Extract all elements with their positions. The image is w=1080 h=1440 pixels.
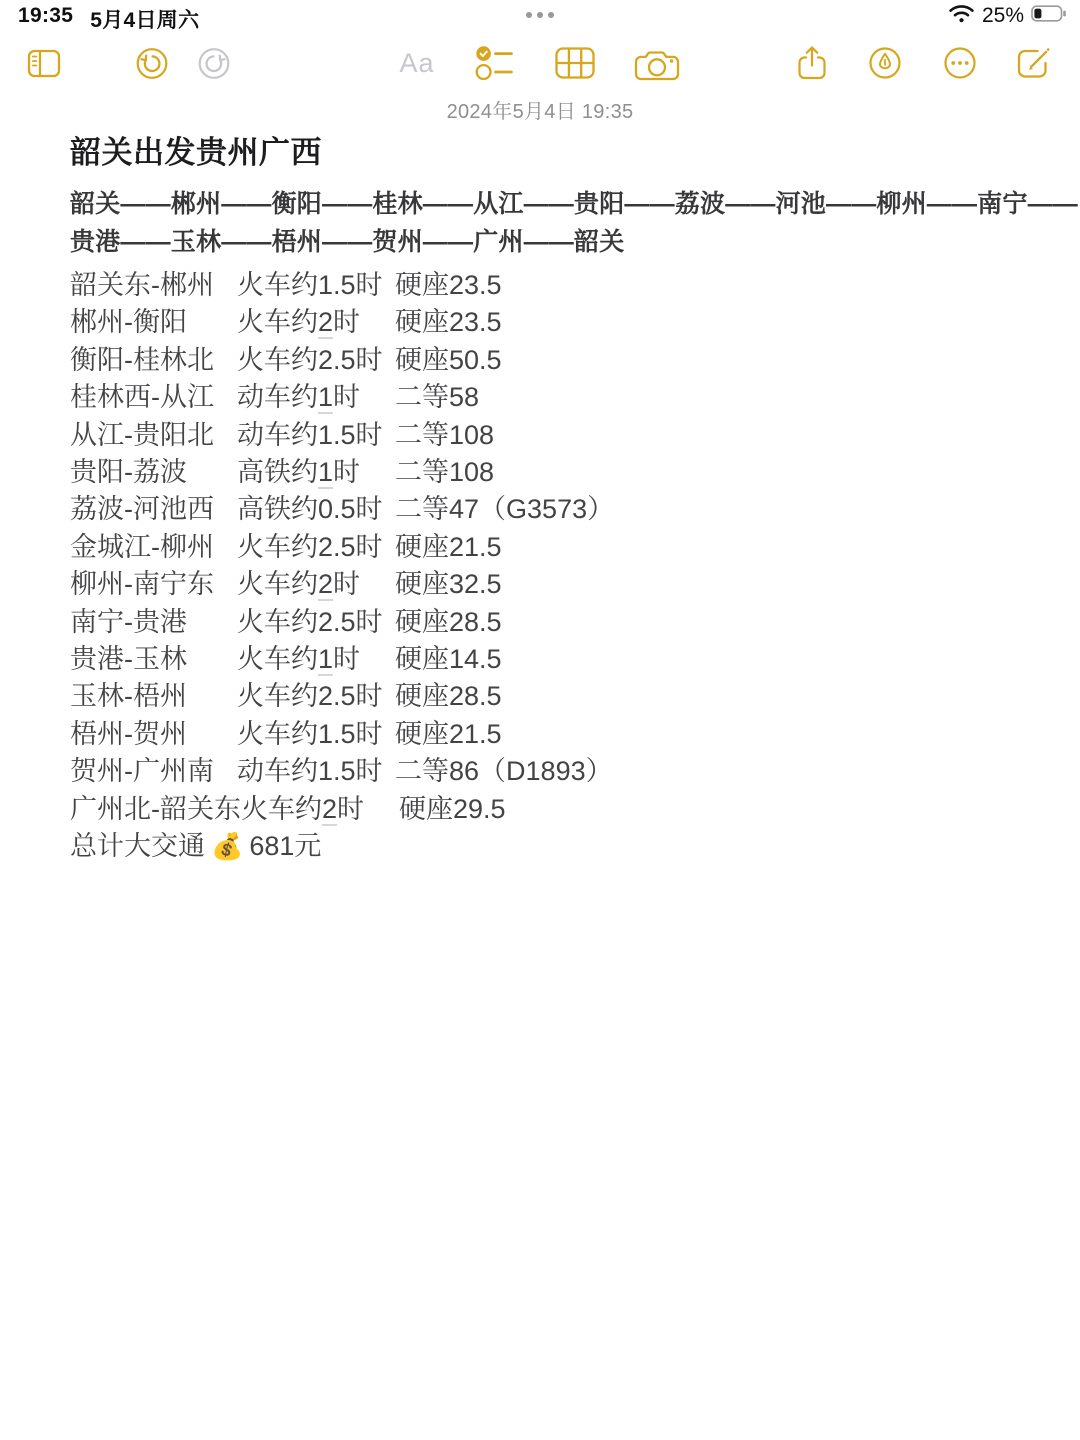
segment-row: 桂林西-从江动车约1时二等58 (70, 379, 1040, 416)
segment-row: 南宁-贵港火车约2.5时硬座28.5 (70, 604, 1040, 641)
segment-price: 二等58 (395, 379, 479, 416)
note-body[interactable]: 韶关出发贵州广西 韶关——郴州——衡阳——桂林——从江——贵阳——荔波——河池—… (70, 127, 1040, 866)
segment-price: 硬座28.5 (395, 604, 502, 641)
table-button[interactable] (551, 40, 599, 86)
notes-toolbar: Aa (0, 40, 1080, 86)
segment-route: 郴州-衡阳 (70, 304, 237, 341)
segment-row: 郴州-衡阳火车约2时硬座23.5 (70, 304, 1040, 341)
segment-row: 金城江-柳州火车约2.5时硬座21.5 (70, 529, 1040, 566)
segment-route: 广州北-韶关东 (70, 791, 241, 828)
underlined-digit: 2 (322, 794, 337, 826)
segment-duration: 火车约2.5时 (237, 342, 395, 379)
battery-icon (1031, 4, 1067, 28)
segment-route: 贵阳-荔波 (70, 454, 237, 491)
segment-row: 韶关东-郴州火车约1.5时硬座23.5 (70, 267, 1040, 304)
handle-dot (548, 12, 554, 18)
route-overview-line-2: 贵港——玉林——梧州——贺州——广州——韶关 (70, 223, 1040, 261)
handle-dot (526, 12, 532, 18)
share-button[interactable] (788, 40, 836, 86)
segment-price: 二等108 (395, 417, 494, 454)
segment-route: 南宁-贵港 (70, 604, 237, 641)
segment-route: 柳州-南宁东 (70, 566, 237, 603)
redo-icon (195, 44, 233, 82)
segment-duration: 火车约2时 (237, 304, 395, 341)
segment-duration: 高铁约1时 (237, 454, 395, 491)
segment-duration: 火车约2.5时 (237, 604, 395, 641)
segment-price: 二等86（D1893） (395, 753, 613, 790)
segment-price: 硬座29.5 (399, 791, 506, 828)
sidebar-toggle-button[interactable] (20, 40, 68, 86)
segment-duration: 火车约2时 (237, 566, 395, 603)
segment-route: 贵港-玉林 (70, 641, 237, 678)
markup-button[interactable] (861, 40, 909, 86)
undo-button[interactable] (128, 40, 176, 86)
format-aa-icon: Aa (399, 48, 434, 79)
segment-row: 贵港-玉林火车约1时硬座14.5 (70, 641, 1040, 678)
segment-row: 衡阳-桂林北火车约2.5时硬座50.5 (70, 342, 1040, 379)
checklist-button[interactable] (472, 40, 520, 86)
segment-route: 梧州-贺州 (70, 716, 237, 753)
segment-row: 柳州-南宁东火车约2时硬座32.5 (70, 566, 1040, 603)
segment-price: 二等108 (395, 454, 494, 491)
segment-duration: 火车约2.5时 (237, 529, 395, 566)
segment-duration: 高铁约0.5时 (237, 491, 395, 528)
undo-icon (133, 44, 171, 82)
underlined-digit: 2 (318, 569, 333, 601)
status-time: 19:35 (18, 4, 73, 34)
total-label: 总计大交通 (70, 828, 205, 865)
segment-route: 从江-贵阳北 (70, 417, 237, 454)
segment-duration: 火车约2.5时 (237, 678, 395, 715)
segment-duration: 火车约2时 (241, 791, 399, 828)
segment-price: 硬座23.5 (395, 267, 502, 304)
underlined-digit: 1 (318, 457, 333, 489)
note-title: 韶关出发贵州广西 (70, 127, 1040, 172)
redo-button[interactable] (190, 40, 238, 86)
segment-row: 玉林-梧州火车约2.5时硬座28.5 (70, 678, 1040, 715)
multitask-handle[interactable] (526, 12, 554, 18)
segment-row: 贵阳-荔波高铁约1时二等108 (70, 454, 1040, 491)
underlined-digit: 2 (318, 307, 333, 339)
segment-price: 硬座50.5 (395, 342, 502, 379)
underlined-digit: 1 (318, 644, 333, 676)
segment-duration: 火车约1时 (237, 641, 395, 678)
money-bag-emoji: 💰 (211, 828, 243, 865)
status-date: 5月4日周六 (90, 4, 199, 34)
status-bar: 19:35 5月4日周六 25% (0, 0, 1080, 32)
compose-note-button[interactable] (1010, 40, 1058, 86)
table-icon (554, 44, 596, 82)
compose-icon (1013, 42, 1055, 84)
segment-price: 硬座14.5 (395, 641, 502, 678)
segment-route: 桂林西-从江 (70, 379, 237, 416)
format-button[interactable]: Aa (393, 40, 441, 86)
segment-price: 硬座21.5 (395, 529, 502, 566)
segment-price: 二等47（G3573） (395, 491, 614, 528)
segment-route: 荔波-河池西 (70, 491, 237, 528)
notes-app-screen: 19:35 5月4日周六 25% (0, 0, 1080, 1440)
total-amount: 681元 (249, 828, 321, 865)
camera-button[interactable] (630, 40, 684, 86)
segment-route: 衡阳-桂林北 (70, 342, 237, 379)
ellipsis-circle-icon (941, 44, 979, 82)
segment-duration: 动车约1.5时 (237, 417, 395, 454)
segment-row: 从江-贵阳北动车约1.5时二等108 (70, 417, 1040, 454)
segment-route: 贺州-广州南 (70, 753, 237, 790)
markup-pen-icon (866, 44, 904, 82)
note-timestamp: 2024年5月4日 19:35 (0, 95, 1080, 124)
more-options-button[interactable] (936, 40, 984, 86)
segment-price: 硬座21.5 (395, 716, 502, 753)
segment-row: 广州北-韶关东火车约2时硬座29.5 (70, 791, 1040, 828)
segment-price: 硬座32.5 (395, 566, 502, 603)
status-right: 25% (948, 3, 1067, 29)
segment-duration: 动车约1时 (237, 379, 395, 416)
segment-duration: 动车约1.5时 (237, 753, 395, 790)
segment-duration: 火车约1.5时 (237, 267, 395, 304)
segments-list: 韶关东-郴州火车约1.5时硬座23.5郴州-衡阳火车约2时硬座23.5衡阳-桂林… (70, 267, 1040, 828)
underlined-digit: 1 (318, 382, 333, 414)
route-overview-line-1: 韶关——郴州——衡阳——桂林——从江——贵阳——荔波——河池——柳州——南宁—— (70, 185, 1040, 223)
battery-percent: 25% (982, 4, 1024, 28)
segment-route: 韶关东-郴州 (70, 267, 237, 304)
handle-dot (537, 12, 543, 18)
segment-row: 贺州-广州南动车约1.5时二等86（D1893） (70, 753, 1040, 790)
segment-price: 硬座28.5 (395, 678, 502, 715)
segment-route: 金城江-柳州 (70, 529, 237, 566)
camera-icon (633, 43, 681, 83)
share-icon (793, 43, 831, 83)
segment-duration: 火车约1.5时 (237, 716, 395, 753)
status-left: 19:35 5月4日周六 (18, 4, 199, 34)
segment-row: 梧州-贺州火车约1.5时硬座21.5 (70, 716, 1040, 753)
sidebar-icon (25, 44, 63, 82)
total-line: 总计大交通 💰 681元 (70, 828, 1040, 865)
segment-row: 荔波-河池西高铁约0.5时二等47（G3573） (70, 491, 1040, 528)
segment-route: 玉林-梧州 (70, 678, 237, 715)
segment-price: 硬座23.5 (395, 304, 502, 341)
wifi-icon (948, 3, 975, 29)
checklist-icon (475, 44, 517, 82)
